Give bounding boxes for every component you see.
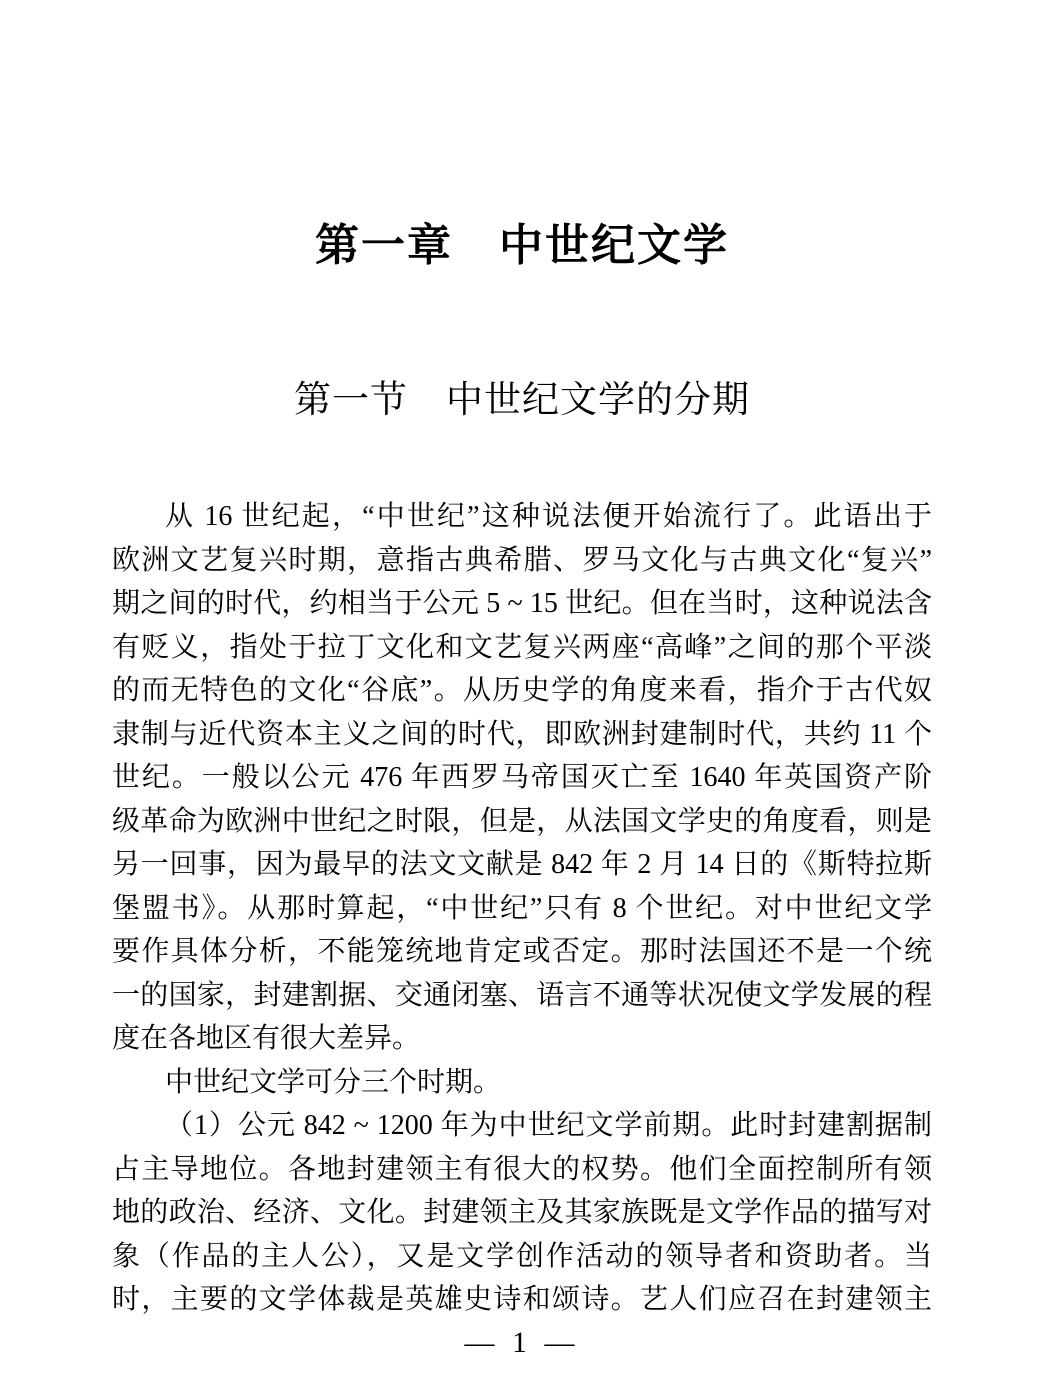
body-line: 另一回事，因为最早的法文文献是 842 年 2 月 14 日的《斯特拉斯 (112, 843, 932, 887)
paragraph: 中世纪文学可分三个时期。 (112, 1061, 932, 1105)
body-line: 有贬义，指处于拉丁文化和文艺复兴两座“高峰”之间的那个平淡 (112, 626, 932, 670)
body-line: 占主导地位。各地封建领主有很大的权势。他们全面控制所有领 (112, 1148, 932, 1192)
body-line: 一的国家，封建割据、交通闭塞、语言不通等状况使文学发展的程 (112, 974, 932, 1018)
paragraph: （1）公元 842 ~ 1200 年为中世纪文学前期。此时封建割据制占主导地位。… (112, 1104, 932, 1322)
paragraph: 从 16 世纪起，“中世纪”这种说法便开始流行了。此语出于欧洲文艺复兴时期，意指… (112, 495, 932, 1061)
body-line: 隶制与近代资本主义之间的时代，即欧洲封建制时代，共约 11 个 (112, 713, 932, 757)
body-line: 时，主要的文学体裁是英雄史诗和颂诗。艺人们应召在封建领主 (112, 1278, 932, 1322)
body-line: 级革命为欧洲中世纪之时限，但是，从法国文学史的角度看，则是 (112, 800, 932, 844)
body-line: 世纪。一般以公元 476 年西罗马帝国灭亡至 1640 年英国资产阶 (112, 756, 932, 800)
body-line: 期之间的时代，约相当于公元 5 ~ 15 世纪。但在当时，这种说法含 (112, 582, 932, 626)
body-line: 中世纪文学可分三个时期。 (112, 1061, 932, 1105)
body-line: 欧洲文艺复兴时期，意指古典希腊、罗马文化与古典文化“复兴” (112, 539, 932, 583)
book-page: 第一章 中世纪文学 第一节 中世纪文学的分期 从 16 世纪起，“中世纪”这种说… (0, 0, 1044, 1397)
body-line: 地的政治、经济、文化。封建领主及其家族既是文学作品的描写对 (112, 1191, 932, 1235)
body-line: 象（作品的主人公），又是文学创作活动的领导者和资助者。当 (112, 1235, 932, 1279)
body-line: 度在各地区有很大差异。 (112, 1017, 932, 1061)
body-text: 从 16 世纪起，“中世纪”这种说法便开始流行了。此语出于欧洲文艺复兴时期，意指… (112, 495, 932, 1322)
body-line: 从 16 世纪起，“中世纪”这种说法便开始流行了。此语出于 (112, 495, 932, 539)
body-line: 要作具体分析，不能笼统地肯定或否定。那时法国还不是一个统 (112, 930, 932, 974)
body-line: 的而无特色的文化“谷底”。从历史学的角度来看，指介于古代奴 (112, 669, 932, 713)
section-title: 第一节 中世纪文学的分期 (0, 381, 1044, 422)
body-line: 堡盟书》。从那时算起，“中世纪”只有 8 个世纪。对中世纪文学 (112, 887, 932, 931)
chapter-title: 第一章 中世纪文学 (0, 222, 1044, 270)
body-line: （1）公元 842 ~ 1200 年为中世纪文学前期。此时封建割据制 (112, 1104, 932, 1148)
page-number: — 1 — (0, 1326, 1044, 1360)
